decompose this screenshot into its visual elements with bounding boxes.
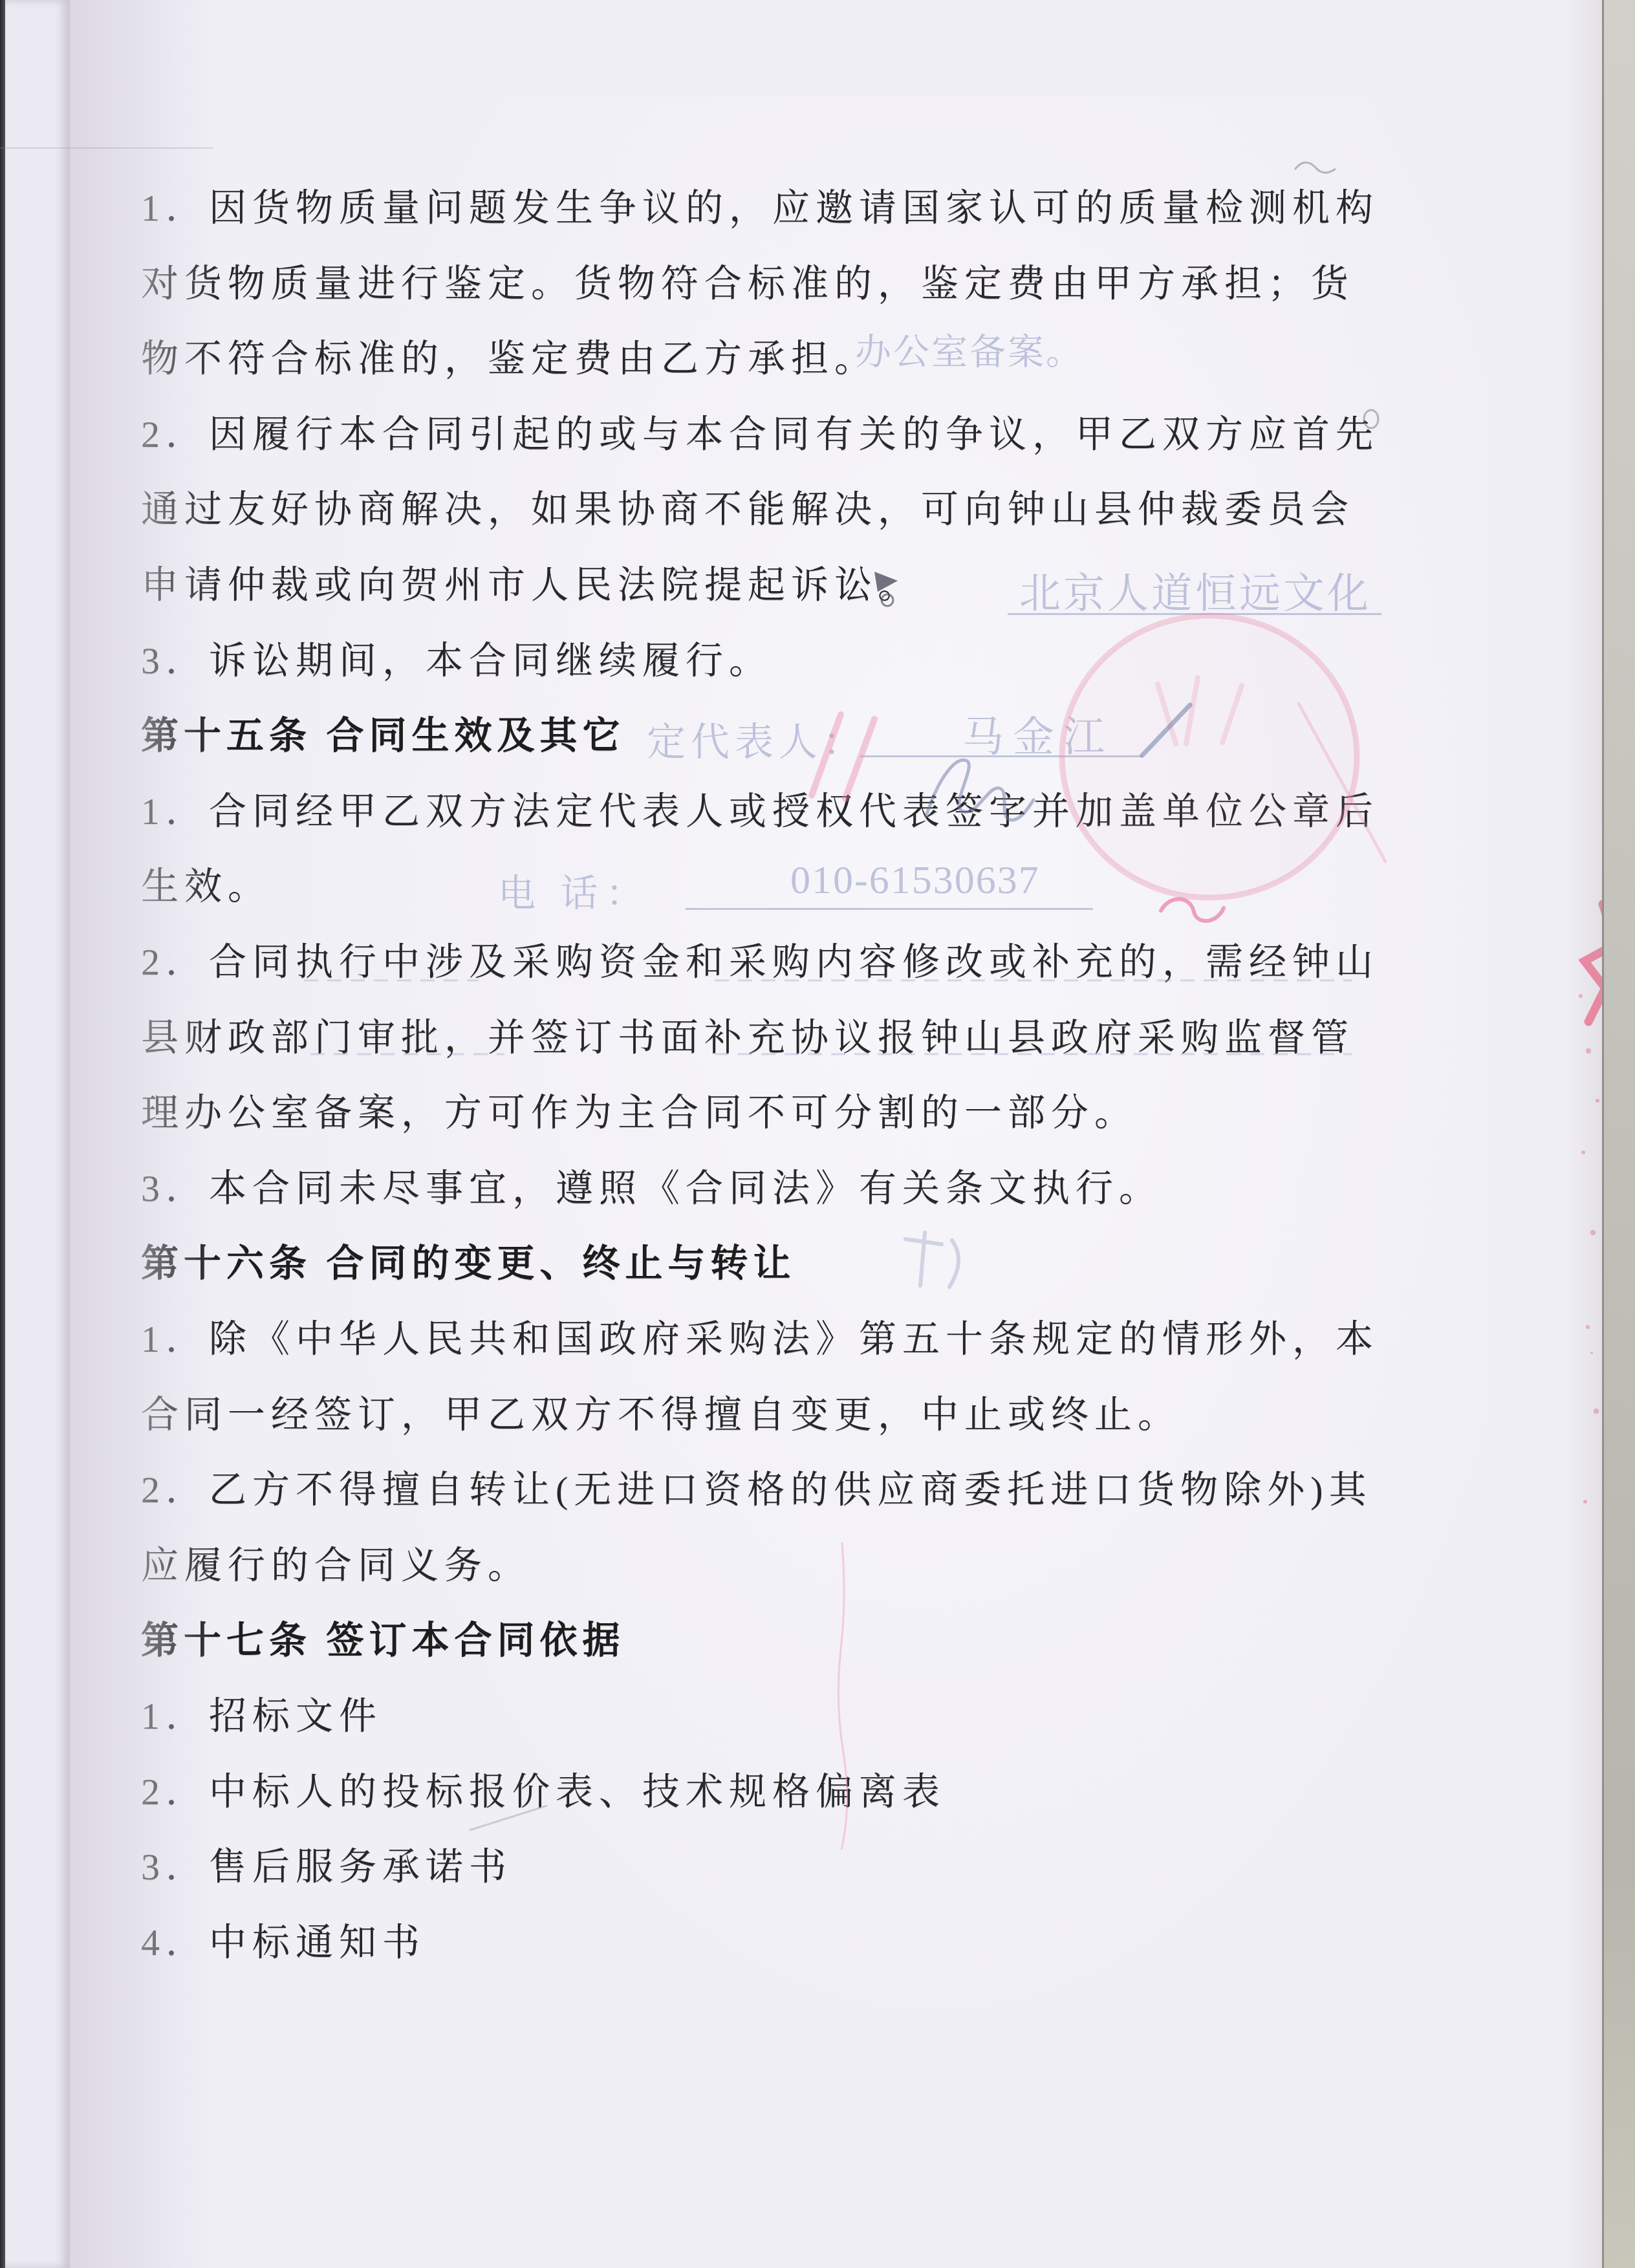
text-line: 1．除《中华人民共和国政府采购法》第五十条规定的情形外，本	[141, 1315, 1379, 1363]
text-line: 2．乙方不得擅自转让(无进口资格的供应商委托进口货物除外)其	[141, 1466, 1372, 1514]
paper-crease	[0, 147, 213, 149]
contract-text: 1．因货物质量问题发生争议的，应邀请国家认可的质量检测机构对货物质量进行鉴定。货…	[0, 0, 1635, 2268]
text-line: 申请仲裁或向贺州市人民法院提起诉讼。	[141, 561, 921, 609]
text-line: 1．合同经甲乙双方法定代表人或授权代表签字并加盖单位公章后	[141, 788, 1379, 836]
text-line: 对货物质量进行鉴定。货物符合标准的，鉴定费由甲方承担；货	[141, 260, 1354, 308]
text-line: 2．中标人的投标报价表、技术规格偏离表	[141, 1768, 946, 1816]
text-line: 通过友好协商解决，如果协商不能解决，可向钟山县仲裁委员会	[141, 486, 1354, 534]
page-curl-gradient	[70, 0, 219, 2268]
section-heading: 第十六条 合同的变更、终止与转让	[141, 1240, 796, 1288]
text-line: 合同一经签订，甲乙双方不得擅自变更，中止或终止。	[141, 1391, 1181, 1439]
page-spine-shadow	[5, 0, 70, 2268]
scanned-document-page: 1．因货物质量问题发生争议的，应邀请国家认可的质量检测机构对货物质量进行鉴定。货…	[0, 0, 1635, 2268]
text-line: 2．因履行本合同引起的或与本合同有关的争议，甲乙双方应首先	[141, 411, 1379, 459]
text-line: 县财政部门审批，并签订书面补充协议报钟山县政府采购监督管	[141, 1014, 1354, 1062]
text-line: 2．合同执行中涉及采购资金和采购内容修改或补充的，需经钟山	[141, 938, 1379, 986]
text-line: 1．因货物质量问题发生争议的，应邀请国家认可的质量检测机构	[141, 184, 1379, 232]
scanner-background-strip	[1602, 0, 1635, 2268]
text-line: 3．诉讼期间，本合同继续履行。	[141, 637, 772, 685]
text-line: 理办公室备案，方可作为主合同不可分割的一部分。	[141, 1089, 1138, 1137]
text-line: 3．本合同未尽事宜，遵照《合同法》有关条文执行。	[141, 1165, 1162, 1213]
page-edge-fade	[1565, 0, 1602, 2268]
book-spine-edge	[0, 0, 5, 2268]
text-line: 物不符合标准的，鉴定费由乙方承担。	[141, 335, 878, 383]
